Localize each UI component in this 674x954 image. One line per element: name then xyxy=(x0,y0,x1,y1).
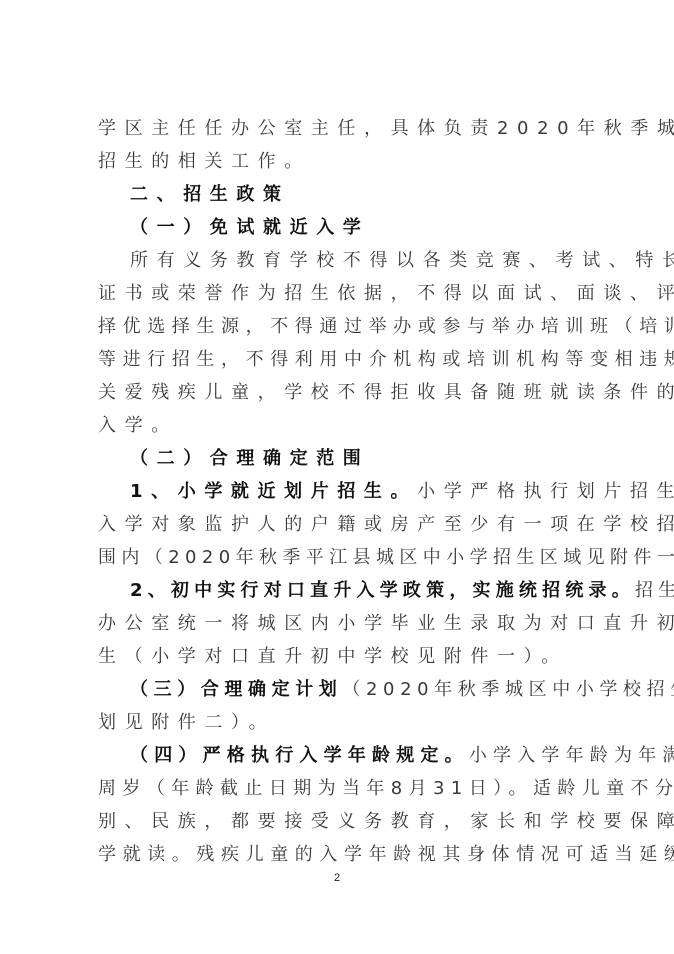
paragraph-line: 所有义务教育学校不得以各类竞赛、考试、特长培训等 xyxy=(98,244,580,277)
paragraph-line: 学区主任任办公室主任，具体负责2020年秋季城区中小学校 xyxy=(98,112,580,145)
paragraph-line: （三）合理确定计划（2020年秋季城区中小学校招生计 xyxy=(98,673,580,706)
line-text: 所有义务教育学校不得以各类竞赛、考试、特长培训等 xyxy=(130,250,674,271)
paragraph-line: 证书或荣誉作为招生依据，不得以面试、面谈、评测等名义 xyxy=(98,277,580,310)
paragraph-line: 择优选择生源，不得通过举办或参与举办培训班（培训机构） xyxy=(98,310,580,343)
heading-text: （二）合理确定范围 xyxy=(130,448,369,469)
paragraph-line: 别、民族，都要接受义务教育，家长和学校要保障其按时入 xyxy=(98,805,580,838)
line-text: 小学严格执行划片招生政策， xyxy=(417,481,674,502)
subsection-heading: （二）合理确定范围 xyxy=(98,442,580,475)
line-text: 入学对象监护人的户籍或房产至少有一项在学校招生区域范 xyxy=(98,514,674,535)
paragraph-line: 周岁（年龄截止日期为当年8月31日）。适龄儿童不分性 xyxy=(98,772,580,805)
subsection-heading: （一）免试就近入学 xyxy=(98,211,580,244)
bold-lead: 2、初中实行对口直升入学政策，实施统招统录。 xyxy=(130,580,635,601)
document-body: 学区主任任办公室主任，具体负责2020年秋季城区中小学校 招生的相关工作。 二、… xyxy=(98,112,580,871)
line-text: 生（小学对口直升初中学校见附件一）。 xyxy=(98,646,568,667)
line-text: 入学。 xyxy=(98,415,178,436)
line-text: 招生的相关工作。 xyxy=(98,151,311,172)
line-text: 划见附件二）。 xyxy=(98,712,275,733)
line-text: 别、民族，都要接受义务教育，家长和学校要保障其按时入 xyxy=(98,811,674,832)
bold-lead: （四）严格执行入学年龄规定。 xyxy=(130,745,469,766)
paragraph-line: 生（小学对口直升初中学校见附件一）。 xyxy=(98,640,580,673)
paragraph-line: 学就读。残疾儿童的入学年龄视其身体情况可适当延缓入学。 xyxy=(98,838,580,871)
document-page: 学区主任任办公室主任，具体负责2020年秋季城区中小学校 招生的相关工作。 二、… xyxy=(0,0,674,954)
paragraph-line: 1、小学就近划片招生。小学严格执行划片招生政策， xyxy=(98,475,580,508)
paragraph-line: （四）严格执行入学年龄规定。小学入学年龄为年满6 xyxy=(98,739,580,772)
section-heading: 二、招生政策 xyxy=(98,178,580,211)
paragraph-line: 招生的相关工作。 xyxy=(98,145,580,178)
paragraph-line: 等进行招生，不得利用中介机构或培训机构等变相违规招生。 xyxy=(98,343,580,376)
bold-lead: （三）合理确定计划 xyxy=(130,679,342,700)
line-text: 学区主任任办公室主任，具体负责2020年秋季城区中小学校 xyxy=(98,118,674,139)
line-text: 办公室统一将城区内小学毕业生录取为对口直升初中学校新 xyxy=(98,613,674,634)
line-text: 围内（2020年秋季平江县城区中小学招生区域见附件一）。 xyxy=(98,547,674,568)
line-text: （2020年秋季城区中小学校招生计 xyxy=(342,679,674,700)
line-text: 等进行招生，不得利用中介机构或培训机构等变相违规招生。 xyxy=(98,349,674,370)
line-text: 小学入学年龄为年满6 xyxy=(469,745,674,766)
heading-text: （一）免试就近入学 xyxy=(130,217,369,238)
paragraph-line: 划见附件二）。 xyxy=(98,706,580,739)
paragraph-line: 办公室统一将城区内小学毕业生录取为对口直升初中学校新 xyxy=(98,607,580,640)
heading-text: 二、招生政策 xyxy=(130,184,290,205)
paragraph-line: 入学对象监护人的户籍或房产至少有一项在学校招生区域范 xyxy=(98,508,580,541)
paragraph-line: 围内（2020年秋季平江县城区中小学招生区域见附件一）。 xyxy=(98,541,580,574)
paragraph-line: 关爱残疾儿童，学校不得拒收具备随班就读条件的残疾儿童 xyxy=(98,376,580,409)
paragraph-line: 2、初中实行对口直升入学政策，实施统招统录。招生 xyxy=(98,574,580,607)
line-text: 择优选择生源，不得通过举办或参与举办培训班（培训机构） xyxy=(98,316,674,337)
page-number: 2 xyxy=(0,872,674,884)
line-text: 周岁（年龄截止日期为当年8月31日）。适龄儿童不分性 xyxy=(98,778,674,799)
bold-lead: 1、小学就近划片招生。 xyxy=(130,481,417,502)
line-text: 学就读。残疾儿童的入学年龄视其身体情况可适当延缓入学。 xyxy=(98,844,674,865)
line-text: 证书或荣誉作为招生依据，不得以面试、面谈、评测等名义 xyxy=(98,283,674,304)
line-text: 关爱残疾儿童，学校不得拒收具备随班就读条件的残疾儿童 xyxy=(98,382,674,403)
line-text: 招生 xyxy=(635,580,674,601)
paragraph-line: 入学。 xyxy=(98,409,580,442)
